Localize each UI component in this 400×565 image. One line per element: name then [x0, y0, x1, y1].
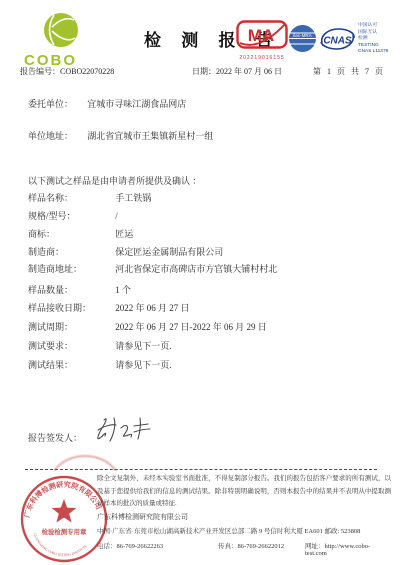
field-value: 匠运	[115, 229, 133, 239]
field-label: 样品数量：	[28, 283, 113, 296]
footer-telephone: 电话：86-769-26622263	[97, 541, 163, 550]
signature-handwriting	[90, 408, 162, 454]
field-value: 请参见下一页.	[115, 360, 171, 370]
footer-contact-line: 电话：86-769-26622263 传真：86-769-26622012 网址…	[97, 541, 391, 553]
field-row-test-period: 测试周期： 2022 年 06 月 27 日-2022 年 06 月 29 日	[28, 320, 267, 333]
accreditation-line: 检测	[358, 36, 388, 43]
cma-mark-icon: MA	[236, 20, 288, 50]
telephone-value: 86-769-26622263	[117, 543, 164, 550]
field-row-trademark: 商标： 匠运	[28, 227, 133, 240]
footer-divider	[25, 469, 377, 470]
field-value: 保定匠运金属制品有限公司	[115, 247, 223, 257]
field-label: 规格/型号：	[28, 209, 113, 222]
field-value: 请参见下一页.	[115, 341, 171, 351]
field-value: /	[115, 211, 118, 221]
accreditation-text: 中国认可 国际互认 检测 TESTING CNAS L11379	[358, 23, 388, 56]
field-row-manufacturer-address: 制造商地址： 河北省保定市高碑店市方官镇大铺村村北	[28, 262, 277, 275]
field-label: 商标：	[28, 227, 113, 240]
footer-company-name: 广东科博检测研究院有限公司	[97, 512, 188, 522]
cma-number: 202219016155	[236, 55, 288, 61]
cnas-logo: CNAS	[319, 27, 356, 56]
ilac-mra-label: ilac-MRA	[293, 33, 313, 38]
fax-label: 传真：	[218, 543, 238, 550]
cobo-logo-icon	[42, 11, 80, 51]
footer-company-address: 中国·广东省·东莞市松山湖高新技术产业开发区总部二路 9 号信时利大厦 EA60…	[97, 526, 360, 535]
report-date: 日期：2022 年 07 月 06 日	[192, 66, 282, 77]
field-label: 测试周期：	[28, 320, 113, 333]
telephone-label: 电话：	[97, 543, 117, 550]
page-indicator: 第 1 页 共 7 页	[313, 66, 385, 77]
field-label: 测试要求：	[28, 339, 113, 352]
field-label: 样品接收日期：	[28, 301, 113, 314]
report-date-value: 2022 年 07 月 06 日	[216, 67, 282, 76]
cobo-logo: COBO	[22, 8, 92, 70]
stamp-star	[52, 499, 77, 523]
cnas-icon: CNAS	[319, 27, 356, 51]
footer-disclaimer: 除全文复制外，未经本实验室书面批准，不得复制部分报告。我们的报告包括客户要求的所…	[97, 473, 391, 511]
field-row-test-result: 测试结果： 请参见下一页.	[28, 358, 172, 371]
field-label: 制造商地址：	[28, 262, 113, 275]
field-label: 委托单位：	[28, 97, 85, 110]
field-row-receive-date: 样品接收日期： 2022 年 06 月 27 日	[28, 301, 190, 314]
ilac-mra-logo: ilac-MRA	[288, 24, 317, 58]
sample-intro: 以下测试之样品是由申请者所提供及确认 ：	[28, 174, 201, 187]
field-row-model: 规格/型号： /	[28, 209, 118, 222]
fax-value: 86-769-26622012	[238, 543, 285, 550]
field-value: 1 个	[115, 285, 131, 295]
field-row-consignor: 委托单位： 宜城市寻味江湖食品网店	[28, 97, 186, 110]
field-label: 测试结果：	[28, 358, 113, 371]
cma-mark: MA 202219016155	[236, 20, 288, 61]
field-value: 2022 年 06 月 27 日-2022 年 06 月 29 日	[115, 322, 267, 332]
report-number-label: 报告编号：	[20, 67, 60, 76]
field-row-sample-name: 样品名称： 手工铁锅	[28, 191, 151, 204]
field-row-test-requirement: 测试要求： 请参见下一页.	[28, 339, 172, 352]
field-label: 单位地址：	[28, 129, 85, 142]
report-number: 报告编号：COBO22070228	[20, 66, 114, 77]
field-label: 制造商：	[28, 245, 113, 258]
field-row-client-address: 单位地址： 湖北省宜城市王集镇新星村一组	[28, 129, 213, 142]
stamp-inner-text: 检验检测专用章	[42, 527, 87, 536]
accreditation-line: 中国认可	[358, 23, 388, 30]
field-value: 手工铁锅	[115, 193, 151, 203]
field-row-quantity: 样品数量： 1 个	[28, 283, 131, 296]
ilac-mra-icon: ilac-MRA	[288, 24, 317, 53]
cnas-label: CNAS	[323, 36, 352, 47]
field-value: 2022 年 06 月 27 日	[115, 303, 189, 313]
field-value: 宜城市寻味江湖食品网店	[87, 99, 186, 109]
signatory-label: 报告签发人：	[28, 431, 82, 444]
report-number-value: COBO22070228	[60, 67, 114, 76]
website-label: 网址：	[305, 543, 325, 550]
test-report-page: COBO 检 测 报 告 MA 202219016155 ilac-MRA CN…	[0, 0, 400, 565]
report-date-label: 日期：	[192, 67, 216, 76]
stamp-remnant-arc	[50, 449, 120, 471]
field-value: 湖北省宜城市王集镇新星村一组	[87, 131, 213, 141]
accreditation-line: CNAS L11379	[358, 49, 388, 56]
footer-website: 网址：http://www.cobo-test.com	[305, 541, 391, 557]
field-label: 样品名称：	[28, 191, 113, 204]
field-value: 河北省保定市高碑店市方官镇大铺村村北	[115, 264, 277, 274]
field-row-manufacturer: 制造商： 保定匠运金属制品有限公司	[28, 245, 223, 258]
footer-fax: 传真：86-769-26622012	[218, 541, 284, 550]
